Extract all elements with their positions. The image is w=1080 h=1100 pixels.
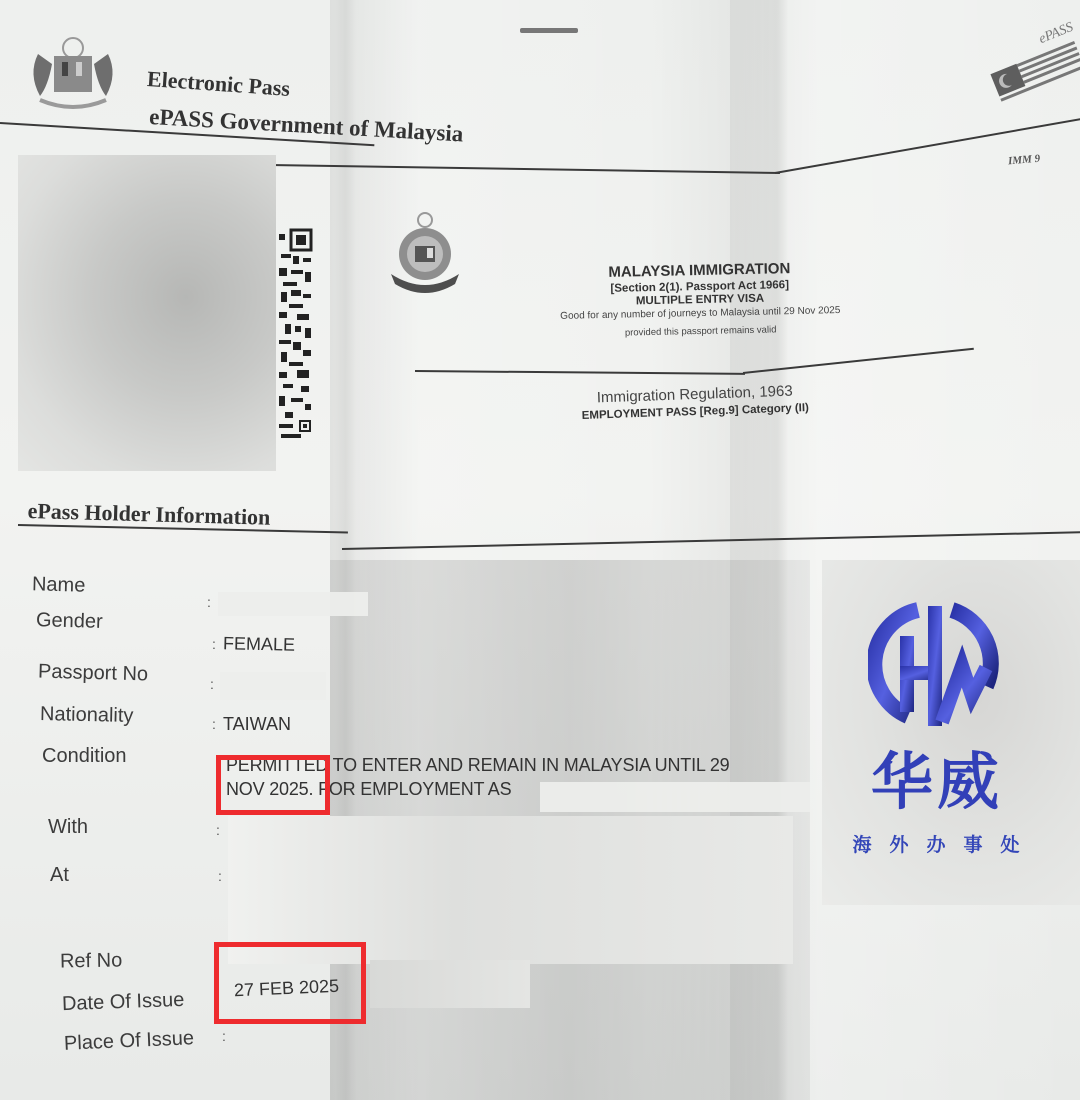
field-colon: : xyxy=(216,822,220,838)
field-colon: : xyxy=(222,1028,226,1044)
field-value-name-redacted xyxy=(218,592,368,616)
highlight-box-expiry xyxy=(216,755,330,815)
brand-name: 华威 xyxy=(822,732,1052,821)
qr-code-icon xyxy=(277,228,315,444)
field-colon: : xyxy=(212,636,216,652)
immigration-crest-icon xyxy=(385,210,475,300)
field-value-passport-redacted xyxy=(220,672,326,700)
field-label-ref-no: Ref No xyxy=(60,949,123,973)
field-label-date-of-issue: Date Of Issue xyxy=(62,989,185,1016)
field-value-nationality: TAIWAN xyxy=(223,714,291,735)
hw-monogram-icon xyxy=(868,596,1008,736)
condition-employment: FOR EMPLOYMENT AS xyxy=(318,779,511,799)
field-colon: : xyxy=(212,716,216,732)
field-value-occupation-redacted xyxy=(540,782,810,812)
fold-mark xyxy=(520,28,578,33)
field-label-name: Name xyxy=(32,573,86,597)
field-value-gender: FEMALE xyxy=(223,633,295,656)
field-label-condition: Condition xyxy=(42,745,127,768)
field-colon: : xyxy=(218,868,222,884)
field-value-ref-no-redacted xyxy=(370,960,530,1008)
field-label-gender: Gender xyxy=(36,609,103,634)
field-label-nationality: Nationality xyxy=(40,703,134,728)
field-label-with: With xyxy=(48,816,88,839)
field-label-passport-no: Passport No xyxy=(38,661,149,687)
malaysia-coat-of-arms-icon xyxy=(18,34,128,114)
immigration-visa-block: MALAYSIA IMMIGRATION [Section 2(1). Pass… xyxy=(519,258,880,341)
highlight-box-issue-date xyxy=(214,942,366,1024)
field-colon: : xyxy=(207,594,211,610)
field-label-at: At xyxy=(50,864,69,887)
brand-subtitle: 海外办事处 xyxy=(822,830,1060,857)
epass-flag-logo-icon: ePASS xyxy=(984,20,1080,110)
watermark-logo: 华威 海外办事处 xyxy=(822,560,1080,905)
field-colon: : xyxy=(210,676,214,692)
holder-photo-redacted xyxy=(18,155,276,471)
